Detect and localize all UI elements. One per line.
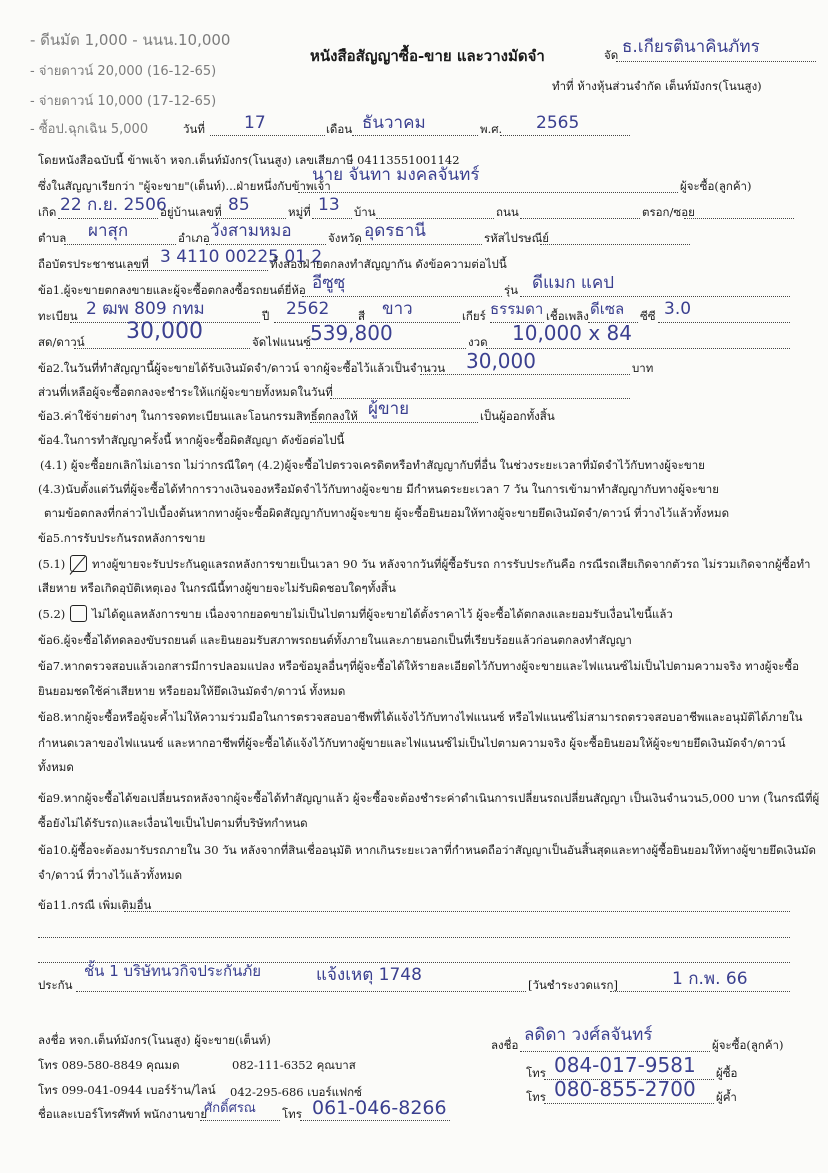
district-label: อำเภอ: [178, 231, 210, 245]
install-label: งวด: [468, 335, 488, 349]
clause-4-3b: ตามข้อตกลงที่กล่าวไปเบื้องต้นหากทางผู้จะ…: [44, 506, 729, 520]
subdistrict[interactable]: ผาสุก: [88, 222, 128, 240]
staff-tel[interactable]: 061-046-8266: [312, 1098, 447, 1119]
buyer-tel[interactable]: 084-017-9581: [554, 1054, 696, 1076]
clause-3-value[interactable]: ผู้ขาย: [368, 400, 409, 418]
day-value[interactable]: 17: [244, 114, 266, 132]
house-no-label: อยู่บ้านเลขที่: [160, 205, 222, 219]
gear-label: เกียร์: [462, 309, 486, 323]
plate-value[interactable]: 2 ฒพ 809 กทม: [86, 300, 205, 318]
day-label: วันที่: [183, 122, 205, 136]
clause-5-1b: เสียหาย หรือเกิดอุบัติเหตุเอง ในกรณีนี้ท…: [38, 581, 396, 595]
brand-value[interactable]: อีซูซุ: [312, 274, 345, 292]
finance-value[interactable]: 539,800: [310, 322, 393, 344]
born-value[interactable]: 22 ก.ย. 2506: [60, 196, 167, 214]
margin-note: - จ่ายดาวน์ 20,000 (16-12-65): [30, 60, 216, 81]
clause-9: ข้อ9.หากผู้จะซื้อได้ขอเปลี่ยนรถหลังจากผู…: [38, 791, 819, 805]
install-value[interactable]: 10,000 x 84: [512, 322, 632, 344]
clause-6: ข้อ6.ผู้จะซื้อได้ทดลองขับรถยนต์ และยินยอ…: [38, 633, 632, 647]
clause-4-1: (4.1) ผู้จะซื้อยกเลิกไม่เอารถ ไม่ว่ากรณี…: [40, 458, 705, 472]
finance-label: จัดไฟแนนซ์: [252, 335, 311, 349]
guarantor-tel-label: โทร: [526, 1090, 546, 1104]
margin-note: - ซื้อป.ฉุกเฉิน 5,000: [30, 118, 148, 139]
clause-2-amount[interactable]: 30,000: [466, 350, 536, 372]
seller-line: ซึ่งในสัญญาเรียกว่า "ผู้จะขาย"(เต็นท์)..…: [38, 179, 331, 193]
id-label: ถือบัตรประชาชนเลขที่: [38, 257, 149, 271]
gear-value[interactable]: ธรรมดา: [490, 300, 543, 318]
clause-5: ข้อ5.การรับประกันรถหลังการขาย: [38, 531, 205, 545]
house-no[interactable]: 85: [228, 196, 250, 214]
contract-page: - ดีนมัด 1,000 - นนน.10,000 - จ่ายดาวน์ …: [0, 0, 828, 1173]
buyer-tel-suffix: ผู้ซื้อ: [716, 1066, 737, 1080]
clause-11: ข้อ11.กรณี เพิ่มเติมอื่น: [38, 898, 151, 912]
postcode-label: รหัสไปรษณีย์: [484, 231, 549, 245]
model-value[interactable]: ดีแมก แคป: [532, 274, 614, 292]
month-value[interactable]: ธันวาคม: [362, 114, 426, 132]
moo-label: หมู่ที่: [288, 205, 311, 219]
clause-3-suffix: เป็นผู้ออกทั้งสิ้น: [480, 409, 555, 423]
margin-note: - จ่ายดาวน์ 10,000 (17-12-65): [30, 90, 216, 111]
buyer-tel-label: โทร: [526, 1066, 546, 1080]
plate-label: ทะเบียน: [38, 309, 78, 323]
clause-7b: ยินยอมชดใช้ค่าเสียหาย หรือยอมให้ยึดเงินม…: [38, 684, 345, 698]
born-label: เกิด: [38, 205, 56, 219]
model-label: รุ่น: [504, 283, 518, 297]
guarantor-tel-suffix: ผู้ค้ำ: [716, 1090, 737, 1104]
soi-label: ตรอก/ซอย: [642, 205, 695, 219]
id-suffix: ทั้งสองฝ่ายตกลงทำสัญญากัน ดังข้อความต่อไ…: [270, 257, 507, 271]
clause-5-1: ทางผู้ขายจะรับประกันดูแลรถหลังการขายเป็น…: [92, 557, 810, 571]
first-payment-value[interactable]: 1 ก.พ. 66: [672, 970, 748, 988]
month-label: เดือน: [326, 122, 352, 136]
year-model-value[interactable]: 2562: [286, 300, 329, 318]
buyer-suffix: ผู้จะซื้อ(ลูกค้า): [680, 179, 752, 193]
insurance-hotline[interactable]: แจ้งเหตุ 1748: [316, 966, 422, 984]
clause-5-1-label: (5.1): [38, 557, 65, 571]
buyer-signature[interactable]: ลดิดา วงศ์ลจันทร์: [524, 1026, 652, 1044]
brand-label: ข้อ1.ผู้จะขายตกลงขายและผู้จะซื้อตกลงซื้อ…: [38, 283, 306, 297]
road-label: ถนน: [496, 205, 519, 219]
clause-8b: กำหนดเวลาของไฟแนนซ์ และหากอาชีพที่ผู้จะซ…: [38, 736, 785, 750]
province[interactable]: อุดรธานี: [364, 222, 426, 240]
insurance-value[interactable]: ชั้น 1 บริษัทนวกิจประกันภัย: [84, 962, 261, 980]
clause-5-2-label: (5.2): [38, 607, 65, 621]
subdistrict-label: ตำบล: [38, 231, 66, 245]
margin-note: - ดีนมัด 1,000 - นนน.10,000: [30, 28, 230, 52]
guarantor-tel[interactable]: 080-855-2700: [554, 1078, 696, 1100]
cc-label: ซีซี: [640, 309, 656, 323]
clause-7: ข้อ7.หากตรวจสอบแล้วเอกสารมีการปลอมแปลง ห…: [38, 659, 799, 673]
clause-3: ข้อ3.ค่าใช้จ่ายต่างๆ ในการจดทะเบียนและโอ…: [38, 409, 358, 423]
clause-5-2: ไม่ได้ดูแลหลังการขาย เนื่องจากยอดขายไม่เ…: [92, 607, 673, 621]
seller-sign-line: ลงชื่อ หจก.เต็นท์มังกร(โนนสูง) ผู้จะขาย(…: [38, 1033, 271, 1047]
clause-10: ข้อ10.ผู้ซื้อจะต้องมารับรถภายใน 30 วัน ห…: [38, 843, 816, 857]
staff-name[interactable]: ศักดิ์ศรณ: [204, 1100, 256, 1118]
year-model-label: ปี: [262, 309, 269, 323]
village-label: บ้าน: [354, 205, 376, 219]
no-warranty-checkbox-5-2[interactable]: [70, 605, 87, 622]
staff-tel-label: โทร: [282, 1107, 302, 1121]
clause-4: ข้อ4.ในการทำสัญญาครั้งนี้ หากผู้จะซื้อผิ…: [38, 433, 344, 447]
province-label: จังหวัด: [328, 231, 362, 245]
clause-4-3: (4.3)นับตั้งแต่วันที่ผู้จะซื้อได้ทำการวา…: [38, 482, 719, 496]
clause-2-unit: บาท: [632, 361, 653, 375]
seller-tel-3: โทร 099-041-0944 เบอร์ร้าน/ไลน์: [38, 1083, 216, 1097]
year-value[interactable]: 2565: [536, 114, 579, 132]
staff-label: ชื่อและเบอร์โทรศัพท์ พนักงานขาย: [38, 1107, 207, 1121]
clause-9b: ซื้อยังไม่ได้รับรถ)และเงื่อนไขเป็นไปตามท…: [38, 816, 308, 830]
clause-2: ข้อ2.ในวันที่ทำสัญญานี้ผู้จะขายได้รับเงิ…: [38, 361, 445, 375]
seller-tel-1: โทร 089-580-8849 คุณมด: [38, 1058, 180, 1072]
clause-8: ข้อ8.หากผู้จะซื้อหรือผู้จะค้ำไม่ให้ความร…: [38, 710, 803, 724]
clause-2b: ส่วนที่เหลือผู้จะซื้อตกลงจะชำระให้แก่ผู้…: [38, 385, 333, 399]
seller-tel-2: 082-111-6352 คุณบาส: [232, 1058, 356, 1072]
color-value[interactable]: ขาว: [382, 300, 413, 318]
buyer-sign-label: ลงชื่อ: [491, 1038, 518, 1052]
down-label: สด/ดาวน์: [38, 335, 85, 349]
district[interactable]: วังสามหมอ: [210, 222, 292, 240]
cc-value[interactable]: 3.0: [664, 300, 691, 318]
clause-8c: ทั้งหมด: [38, 760, 74, 774]
first-payment-label: [วันชำระงวดแรก]: [528, 978, 618, 992]
document-title: หนังสือสัญญาซื้อ-ขาย และวางมัดจำ: [310, 44, 545, 68]
moo-value[interactable]: 13: [318, 196, 340, 214]
agent-value[interactable]: ธ.เกียรตินาคินภัทร: [622, 38, 760, 56]
fuel-value[interactable]: ดีเซล: [590, 300, 624, 318]
agent-label: จัด: [604, 48, 618, 62]
place-text: ทำที่ ห้างหุ้นส่วนจำกัด เต็นท์มังกร(โนนส…: [552, 79, 762, 93]
clause-10b: จำ/ดาวน์ ที่วางไว้แล้วทั้งหมด: [38, 868, 182, 882]
buyer-name[interactable]: นาย จันทา มงคลจันทร์: [312, 166, 480, 184]
insurance-label: ประกัน: [38, 978, 72, 992]
year-label: พ.ศ.: [480, 122, 502, 136]
buyer-sign-suffix: ผู้จะซื้อ(ลูกค้า): [712, 1038, 784, 1052]
down-value[interactable]: 30,000: [126, 320, 203, 344]
